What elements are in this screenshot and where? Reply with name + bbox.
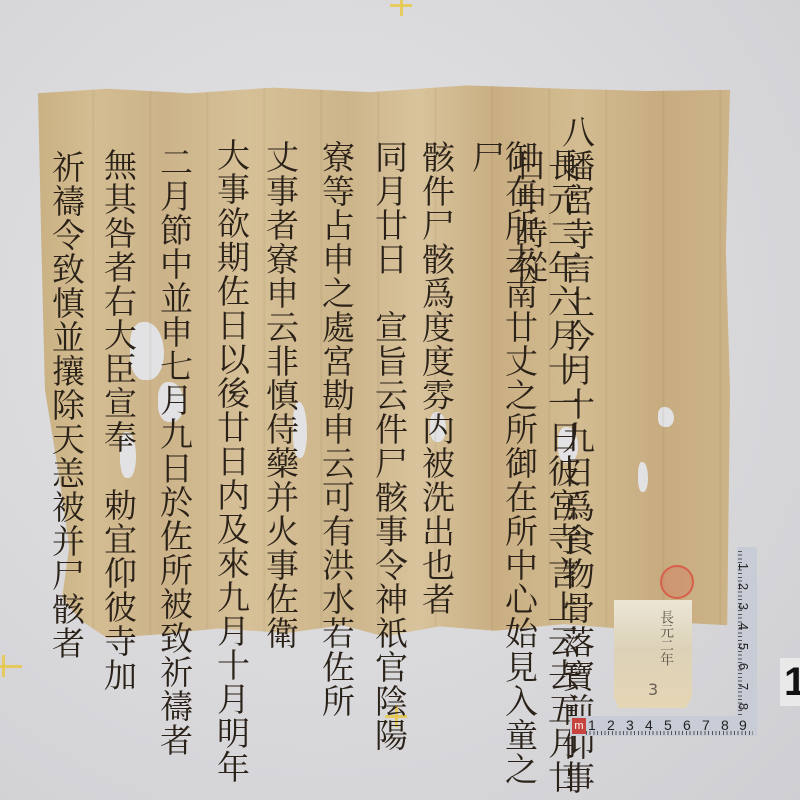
slip-number: 3 [648,680,658,699]
paper-damage [638,462,648,492]
ruler-label: 3 [736,603,751,610]
slip-date-text: 長元二年 [656,610,676,666]
text-column-11: 祈禱令致慎並攘除天恙被并尸骸者 [50,150,83,660]
scale-ruler-vertical: 1 2 3 4 5 6 7 8 [737,547,757,732]
paper-damage [658,407,674,427]
ruler-label: 5 [664,717,672,733]
red-seal-stamp [660,565,694,599]
ruler-label: 2 [607,717,615,733]
text-column-8: 大事欲期佐日以後廿日内及來九月十月明年 [215,138,248,784]
registration-mark-top [390,0,412,16]
text-column-4: 骸件尸骸爲度度雰内被洗出也者 [420,140,453,616]
scale-ruler-horizontal: m 1 2 3 4 5 6 7 8 9 [570,716,757,736]
attached-label-slip: 長元二年 3 [614,600,692,708]
ruler-label: 7 [702,717,710,733]
ruler-label: 1 [588,717,596,733]
ruler-label: 2 [736,583,751,590]
ruler-label: 7 [736,683,751,690]
text-column-7: 丈事者寮申云非慎侍藥并火事佐衛 [264,140,297,650]
registration-mark-left [0,655,12,677]
ruler-label: 1 [736,563,751,570]
text-column-5: 同月廿日 宣旨云件尸骸事令神祇官陰陽 [373,140,406,752]
ruler-label: 8 [736,703,751,710]
ruler-unit-mark: m [572,718,586,734]
ruler-label: 6 [683,717,691,733]
ruler-label: 4 [645,717,653,733]
ruler-label: 9 [739,717,747,733]
ruler-label: 6 [736,663,751,670]
ruler-label: 8 [721,717,729,733]
ruler-ticks [738,551,742,728]
ruler-label: 3 [626,717,634,733]
text-column-6: 寮等占申之處宮勘申云可有洪水若佐所 [320,140,353,718]
text-column-3: 御在所去南廿丈之所御在所中心始見入童之尸 [470,140,536,800]
sheet-number-card: 1 [780,658,800,706]
ruler-label: 5 [736,643,751,650]
ruler-label: 4 [736,623,751,630]
text-column-10: 無其咎者右大臣宣奉 勅宜仰彼寺加 [102,148,135,692]
text-column-9: 二月節中並申七月九日於佐所被致祈禱者 [158,145,191,757]
